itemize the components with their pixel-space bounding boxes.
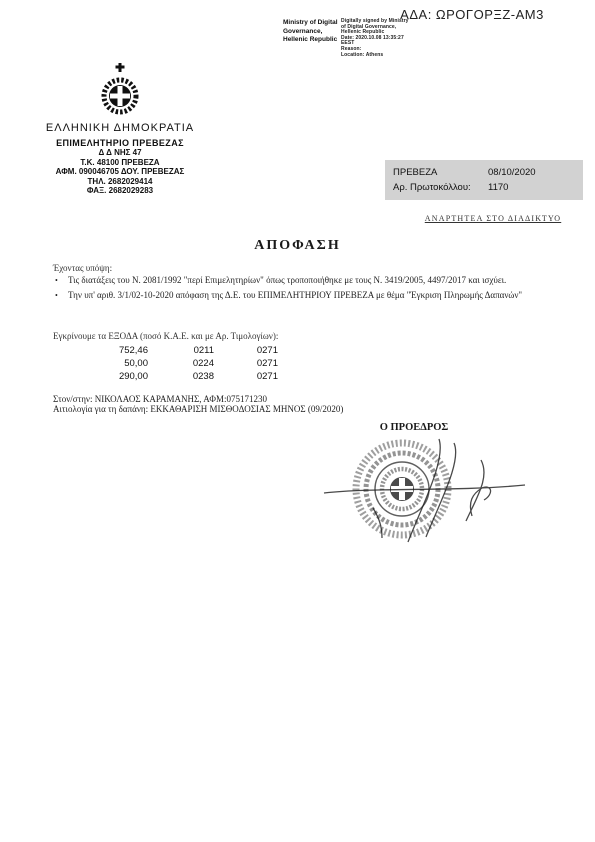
approval-line: Εγκρίνουμε τα ΕΞΟΔΑ (ποσό Κ.Α.Ε. και με … [53,331,553,341]
greek-coat-of-arms-icon [101,62,139,118]
bullet-icon: • [55,275,68,286]
invoice-cell: 0271 [214,372,278,385]
stamp-and-signature [322,436,527,546]
amount-cell: 290,00 [92,372,148,385]
protocol-number-label: Αρ. Πρωτοκόλλου: [393,180,488,195]
signature-detail-line: Location: Athens [341,53,451,59]
ministry-org-line: Ministry of Digital [283,19,339,28]
table-row: 290,00 0238 0271 [92,372,278,385]
bullet-icon: • [55,290,68,301]
internet-posting-notice: ΑΝΑΡΤΗΤΕΑ ΣΤΟ ΔΙΑΔΙΚΤΥΟ [398,214,588,223]
ministry-signature-org: Ministry of Digital Governance, Hellenic… [283,19,339,45]
letterhead-address: Δ Δ ΝΗΣ 47 [30,148,210,158]
bullet-text: Την υπ' αριθ. 3/1/02-10-2020 απόφαση της… [68,290,522,301]
table-row: 752,46 0211 0271 [92,346,278,359]
bullet-item: • Τις διατάξεις του Ν. 2081/1992 "περί Ε… [55,275,560,286]
digital-signature-details: Digitally signed by Ministry of Digital … [341,19,451,58]
kae-cell: 0238 [148,372,214,385]
decision-title: ΑΠΟΦΑΣΗ [0,238,595,254]
letterhead-postal: Τ.Κ. 48100 ΠΡΕΒΕΖΑ [30,158,210,168]
ministry-org-line: Hellenic Republic [283,36,339,45]
letterhead: ΕΛΛΗΝΙΚΗ ΔΗΜΟΚΡΑΤΙΑ ΕΠΙΜΕΛΗΤΗΡΙΟ ΠΡΕΒΕΖΑ… [30,62,210,196]
president-label: Ο ΠΡΟΕΔΡΟΣ [348,422,480,433]
decision-intro: Έχοντας υπόψη: [53,263,112,273]
beneficiary-line: Στον/στην: ΝΙΚΟΛΑΟΣ ΚΑΡΑΜΑΝΗΣ, ΑΦΜ:07517… [53,394,553,404]
document-page: ΑΔΑ: ΩΡΟΓΟΡΞΖ-ΑΜ3 Ministry of Digital Go… [0,0,595,842]
decision-bullet-list: • Τις διατάξεις του Ν. 2081/1992 "περί Ε… [55,275,560,305]
protocol-city: ΠΡΕΒΕΖΑ [393,165,488,180]
protocol-box: ΠΡΕΒΕΖΑ 08/10/2020 Αρ. Πρωτοκόλλου: 1170 [385,160,583,200]
letterhead-country: ΕΛΛΗΝΙΚΗ ΔΗΜΟΚΡΑΤΙΑ [30,122,210,134]
protocol-number-value: 1170 [488,180,508,195]
letterhead-organization: ΕΠΙΜΕΛΗΤΗΡΙΟ ΠΡΕΒΕΖΑΣ [30,138,210,148]
official-round-stamp-icon [322,436,527,546]
protocol-date: 08/10/2020 [488,165,536,180]
letterhead-afm: ΑΦΜ. 090046705 ΔΟΥ. ΠΡΕΒΕΖΑΣ [30,167,210,177]
bullet-item: • Την υπ' αριθ. 3/1/02-10-2020 απόφαση τ… [55,290,560,301]
justification-line: Αιτιολογία για τη δαπάνη: ΕΚΚΑΘΑΡΙΣΗ ΜΙΣ… [53,404,553,414]
amounts-table: 752,46 0211 0271 50,00 0224 0271 290,00 … [92,346,278,385]
ministry-org-line: Governance, [283,28,339,37]
letterhead-phone: ΤΗΛ. 2682029414 [30,177,210,187]
bullet-text: Τις διατάξεις του Ν. 2081/1992 "περί Επι… [68,275,506,286]
letterhead-fax: ΦΑΞ. 2682029283 [30,186,210,196]
